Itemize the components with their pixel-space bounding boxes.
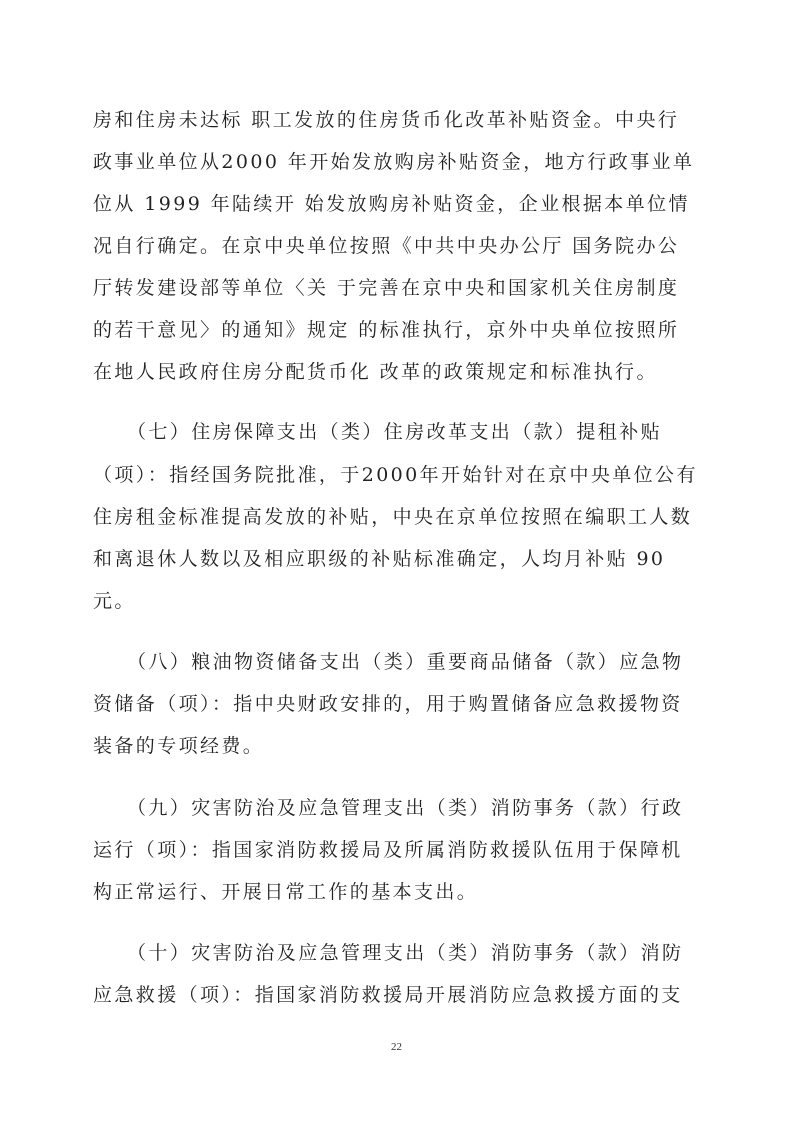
text-line: 在地人民政府住房分配货币化 改革的政策规定和标准执行。 [93,360,658,384]
text-line: （八）粮油物资储备支出（类）重要商品储备（款）应急物 [127,650,683,674]
text-line: 运行（项）：指国家消防救援局及所属消防救援队伍用于保障机 [93,838,683,862]
text-line: 的若干意见〉的通知》规定 的标准执行，京外中央单位按照所 [93,318,679,342]
text-line: 资储备（项）：指中央财政安排的，用于购置储备应急救援物资 [93,692,683,716]
text-line: 位从 1999 年陆续开 始发放购房补贴资金，企业根据本单位情 [93,192,690,216]
text-line: 和离退休人数以及相应职级的补贴标准确定，人均月补贴 90 [93,547,665,571]
text-line: （十）灾害防治及应急管理支出（类）消防事务（款）消防 [127,941,683,965]
text-line: 装备的专项经费。 [93,734,264,758]
text-line: 元。 [93,589,136,613]
text-line: 应急救援（项）：指国家消防救援局开展消防应急救援方面的支 [93,983,683,1007]
text-line: 厅转发建设部等单位〈关 于完善在京中央和国家机关住房制度 [93,276,679,300]
text-line: （项）：指经国务院批准，于2000年开始针对在京中央单位公有 [93,463,698,487]
document-page: 房和住房未达标 职工发放的住房货币化改革补贴资金。中央行 政事业单位从2000 … [0,0,793,1122]
text-line: （七）住房保障支出（类）住房改革支出（款）提租补贴 [127,420,662,444]
text-line: 政事业单位从2000 年开始发放购房补贴资金，地方行政事业单 [93,150,694,174]
page-number: 22 [0,1041,793,1053]
text-line: （九）灾害防治及应急管理支出（类）消防事务（款）行政 [127,796,683,820]
text-line: 构正常运行、开展日常工作的基本支出。 [93,880,478,904]
text-line: 房和住房未达标 职工发放的住房货币化改革补贴资金。中央行 [93,108,679,132]
text-line: 况自行确定。在京中央单位按照《中共中央办公厅 国务院办公 [93,234,679,258]
text-line: 住房租金标准提高发放的补贴，中央在京单位按照在编职工人数 [93,505,692,529]
